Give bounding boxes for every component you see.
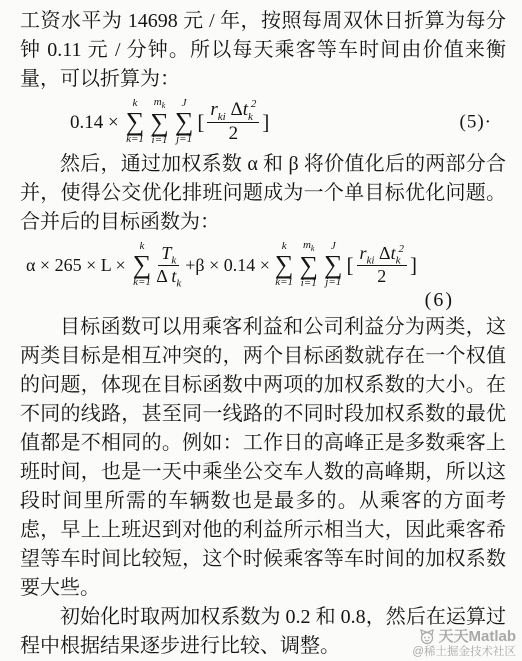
sigma-symbol: ∑: [299, 254, 318, 279]
sigma-symbol: ∑: [324, 253, 343, 278]
open-bracket: [: [197, 112, 204, 133]
fraction: Tk Δ tk: [156, 244, 181, 287]
close-bracket: ]: [410, 255, 417, 276]
fraction: rki Δtk2 2: [357, 244, 407, 287]
watermark: 天天Matlab @稀土掘金技术社区: [412, 629, 516, 659]
equation-number-5: (5)·: [460, 113, 492, 132]
formula-6-middle: +β × 0.14 ×: [185, 256, 270, 274]
sigma-symbol: ∑: [175, 110, 194, 135]
sum-operator: k ∑ k=1: [126, 98, 145, 146]
sum-operator: mk ∑ i=1: [299, 240, 318, 290]
paragraph-weighting-merge: 然后，通过加权系数 α 和 β 将价值化后的两部分合并，使得公交优化排班问题成为…: [20, 150, 506, 237]
sigma-symbol: ∑: [126, 110, 145, 135]
open-bracket: [: [347, 255, 354, 276]
sum-operator: J ∑ j=1: [175, 98, 194, 146]
formula-5-coefficient: 0.14 ×: [70, 113, 119, 132]
tiantian-matlab-logo-icon: [419, 629, 435, 645]
watermark-handle: @稀土掘金技术社区: [412, 646, 516, 659]
sigma-symbol: ∑: [133, 253, 152, 278]
watermark-title: 天天Matlab: [438, 629, 516, 646]
formula-6-prefix: α × 265 × L ×: [26, 256, 126, 274]
paragraph-wage-conversion: 工资水平为 14698 元 / 年，按照每周双休日折算为每分钟 0.11 元 /…: [20, 7, 506, 94]
formula-6: α × 265 × L × k ∑ k=1 Tk Δ tk +β × 0.14 …: [20, 238, 506, 292]
sum-operator: J ∑ j=1: [324, 241, 343, 289]
close-bracket: ]: [262, 112, 269, 133]
paragraph-objective-tradeoff: 目标函数可以用乘客利益和公司利益分为两类，这两类目标是相互冲突的，两个目标函数就…: [20, 313, 506, 603]
sum-operator: k ∑ k=1: [133, 241, 152, 289]
sigma-symbol: ∑: [275, 253, 294, 278]
sum-operator: mk ∑ i=1: [150, 97, 169, 147]
formula-5: 0.14 × k ∑ k=1 mk ∑ i=1 J ∑ j=1 [ rki Δt…: [20, 95, 506, 149]
fraction: rki Δtk2 2: [207, 100, 259, 145]
equation-number-6: (6): [20, 289, 506, 311]
sum-operator: k ∑ k=1: [275, 241, 294, 289]
sigma-symbol: ∑: [150, 111, 169, 136]
paper-page: 工资水平为 14698 元 / 年，按照每周双休日折算为每分钟 0.11 元 /…: [0, 0, 522, 661]
